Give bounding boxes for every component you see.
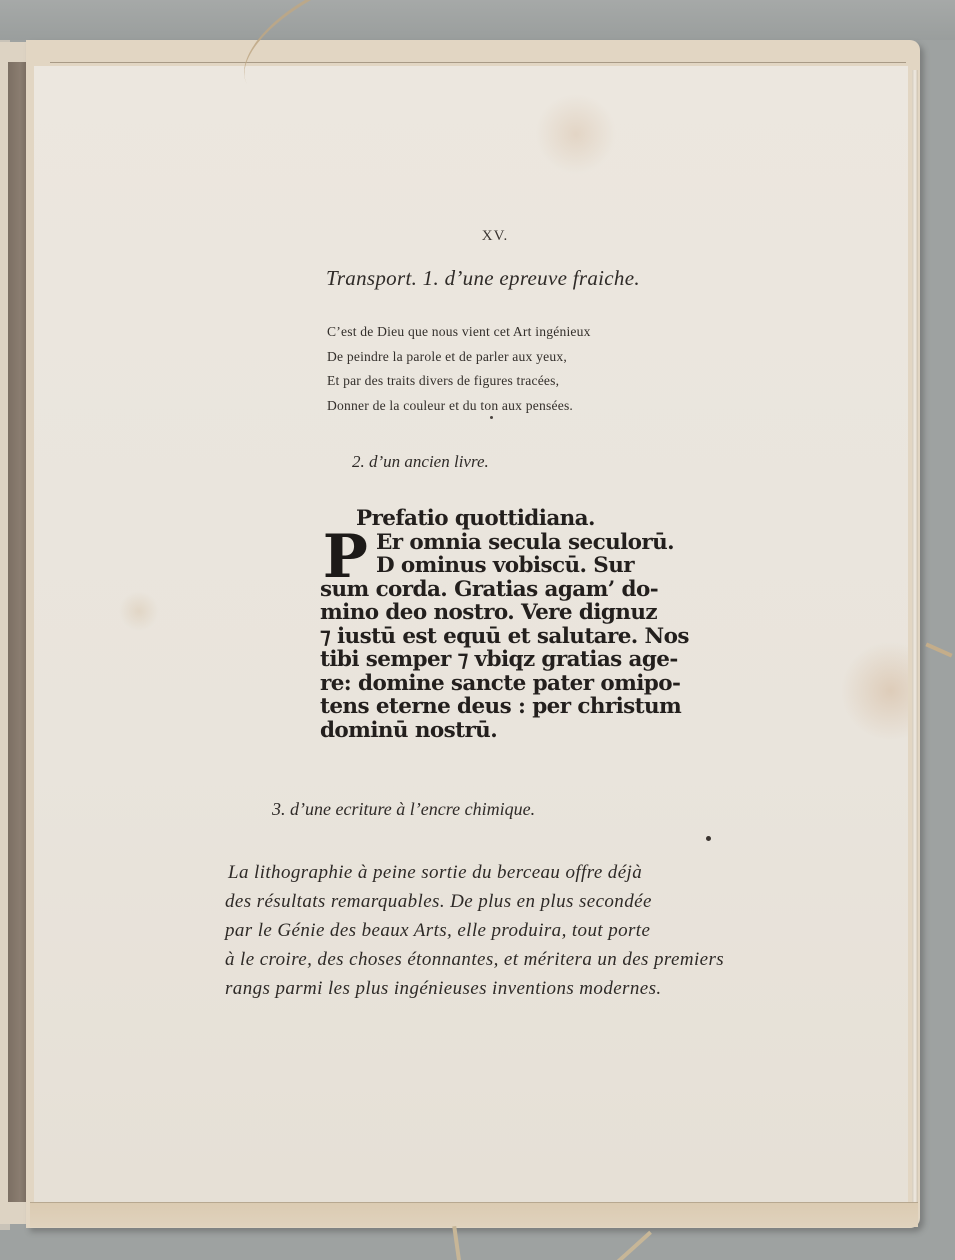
verse-line: Et par des traits divers de figures trac… bbox=[327, 369, 591, 394]
ancient-book-heading: 2. d’un ancien livre. bbox=[352, 452, 489, 472]
script-line: à le croire, des choses étonnantes, et m… bbox=[225, 945, 724, 974]
blackletter-block: Prefatio quottidiana. P Er omnia secula … bbox=[320, 507, 665, 742]
chemical-ink-heading: 3. d’une ecriture à l’encre chimique. bbox=[272, 799, 535, 820]
verse-block: C’est de Dieu que nous vient cet Art ing… bbox=[327, 320, 591, 418]
plate-content: XV. Transport. 1. d’une epreuve fraiche.… bbox=[0, 0, 955, 1260]
script-block: La lithographie à peine sortie du bercea… bbox=[225, 858, 724, 1003]
blackletter-line: tibi semper ⁊ vbiqz gratias age- bbox=[320, 648, 665, 672]
transport-heading: Transport. 1. d’une epreuve fraiche. bbox=[326, 266, 640, 291]
ink-dot bbox=[490, 416, 493, 419]
blackletter-line: re: domine sancte pater omipo- bbox=[320, 672, 665, 696]
dropcap-initial: P bbox=[318, 529, 372, 585]
blackletter-title: Prefatio quottidiana. bbox=[320, 507, 665, 531]
script-line: rangs parmi les plus ingénieuses inventi… bbox=[225, 974, 724, 1003]
blackletter-line: ⁊ iustū est equū et salutare. Nos bbox=[320, 625, 665, 649]
script-line: des résultats remarquables. De plus en p… bbox=[225, 887, 724, 916]
plate-number: XV. bbox=[0, 228, 955, 245]
script-line: par le Génie des beaux Arts, elle produi… bbox=[225, 916, 724, 945]
verse-line: Donner de la couleur et du ton aux pensé… bbox=[327, 394, 591, 419]
ink-dot bbox=[706, 836, 711, 841]
blackletter-line: dominū nostrū. bbox=[320, 719, 665, 743]
verse-line: C’est de Dieu que nous vient cet Art ing… bbox=[327, 320, 591, 345]
blackletter-line: mino deo nostro. Vere dignuz bbox=[320, 601, 665, 625]
script-line: La lithographie à peine sortie du bercea… bbox=[225, 858, 724, 887]
blackletter-line: tens eterne deus : per christum bbox=[320, 695, 665, 719]
verse-line: De peindre la parole et de parler aux ye… bbox=[327, 345, 591, 370]
